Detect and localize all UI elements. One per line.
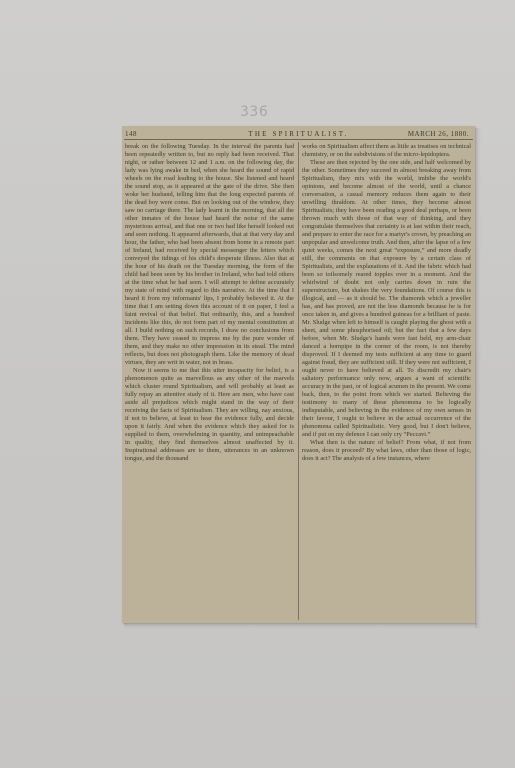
paragraph: What then is the nature of belief? From …: [302, 439, 471, 463]
paragraph: works on Spiritualism affect them as lit…: [302, 143, 471, 159]
paragraph: Now it seems to me that this utter incap…: [125, 367, 294, 463]
clipping-shadow-bottom: [124, 623, 477, 629]
issue-date: MARCH 26, 1880.: [408, 130, 469, 138]
newspaper-clipping: 148 THE SPIRITUALIST. MARCH 26, 1880. br…: [122, 126, 475, 623]
clipping-shadow-right: [475, 128, 481, 628]
right-column: works on Spiritualism affect them as lit…: [302, 143, 471, 619]
paragraph: These are then rejected by the one side,…: [302, 159, 471, 439]
pencil-archive-number: 336: [240, 104, 268, 120]
paragraph: break on the following Tuesday. In the i…: [125, 143, 294, 367]
left-column: break on the following Tuesday. In the i…: [125, 143, 294, 619]
header-rule: [124, 139, 473, 140]
column-divider: [298, 142, 299, 620]
